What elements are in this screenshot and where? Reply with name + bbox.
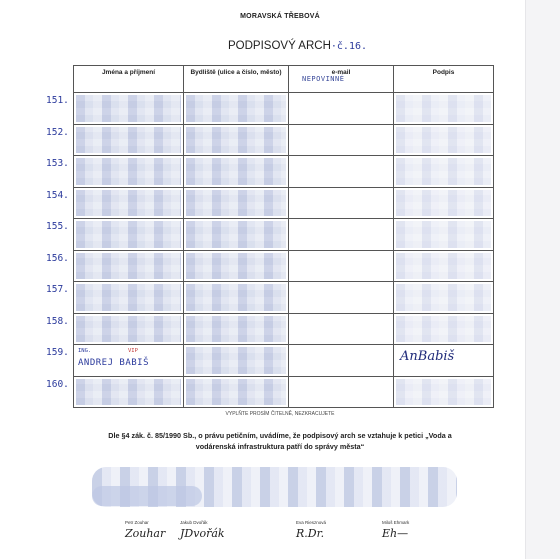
row-number: 152.	[46, 127, 72, 138]
cell-address	[184, 219, 289, 251]
cell-name	[74, 376, 184, 408]
cell-signature	[394, 313, 494, 345]
redacted-content	[76, 379, 181, 406]
cell-name	[74, 124, 184, 156]
cell-name	[74, 93, 184, 125]
redacted-content	[396, 284, 491, 311]
table-row	[74, 250, 494, 282]
column-header-signature: Podpis	[394, 66, 494, 93]
redacted-content	[396, 158, 491, 185]
redacted-content	[186, 127, 286, 154]
cell-address	[184, 250, 289, 282]
row-number: 155.	[46, 221, 72, 232]
row-number: 157.	[46, 284, 72, 295]
redacted-content	[186, 379, 286, 406]
redacted-content	[396, 221, 491, 248]
title-text: PODPISOVÝ ARCH	[228, 40, 331, 52]
redacted-content	[76, 95, 181, 122]
fill-instructions: VYPLŇTE PROSÍM ČITELNĚ, NEZKRACUJETE	[0, 411, 560, 417]
redacted-content	[186, 190, 286, 217]
page-edge	[525, 0, 560, 559]
cell-address	[184, 345, 289, 377]
cell-email	[289, 124, 394, 156]
signer-1: Petr ZouharZouhar	[125, 520, 165, 540]
cell-name: ING.VIPANDREJ BABIŠ	[74, 345, 184, 377]
column-header-name: Jména a příjmení	[74, 66, 184, 93]
cell-email	[289, 282, 394, 314]
town-name: MORAVSKÁ TŘEBOVÁ	[0, 13, 560, 20]
redacted-address-block-2	[92, 486, 202, 506]
redacted-content	[186, 347, 286, 374]
redacted-content	[76, 127, 181, 154]
cell-email	[289, 250, 394, 282]
person-name: ANDREJ BABIŠ	[78, 358, 149, 368]
cell-signature	[394, 250, 494, 282]
cell-email	[289, 376, 394, 408]
redacted-content	[186, 316, 286, 343]
redacted-content	[76, 158, 181, 185]
table-header-row: Jména a příjmení Bydliště (ulice a číslo…	[74, 66, 494, 93]
redacted-content	[396, 253, 491, 280]
cell-email	[289, 313, 394, 345]
cell-signature	[394, 219, 494, 251]
redacted-content	[396, 316, 491, 343]
redacted-content	[396, 127, 491, 154]
table-row	[74, 219, 494, 251]
cell-signature: AnBabiš	[394, 345, 494, 377]
cell-name	[74, 187, 184, 219]
cell-email	[289, 345, 394, 377]
signer-2: Jakub DvořákJDvořák	[180, 520, 225, 540]
redacted-content	[76, 221, 181, 248]
sheet-number: ·č.16.	[331, 41, 367, 52]
cell-email	[289, 187, 394, 219]
cell-name	[74, 219, 184, 251]
committee-signatures: Petr ZouharZouhar Jakub DvořákJDvořák Ev…	[0, 520, 560, 559]
petition-declaration: Dle §4 zák. č. 85/1990 Sb., o právu peti…	[100, 430, 460, 452]
signer-3: Eva RiesznováR.Dr.	[296, 520, 326, 540]
cell-name	[74, 313, 184, 345]
redacted-content	[186, 95, 286, 122]
email-optional-note: NEPOVINNÉ	[290, 75, 392, 83]
cell-address	[184, 93, 289, 125]
cell-email	[289, 156, 394, 188]
cell-email	[289, 219, 394, 251]
cell-signature	[394, 282, 494, 314]
redacted-content	[76, 190, 181, 217]
table-row	[74, 93, 494, 125]
table-row	[74, 313, 494, 345]
column-header-email: e-mailNEPOVINNÉ	[289, 66, 394, 93]
vip-tag: VIP	[128, 348, 138, 354]
table-row	[74, 156, 494, 188]
table-row	[74, 124, 494, 156]
redacted-content	[396, 95, 491, 122]
page-title: PODPISOVÝ ARCH·č.16.	[228, 40, 367, 52]
table-row: ING.VIPANDREJ BABIŠAnBabiš	[74, 345, 494, 377]
redacted-content	[76, 253, 181, 280]
cell-signature	[394, 376, 494, 408]
redacted-content	[186, 221, 286, 248]
cell-address	[184, 124, 289, 156]
row-number: 159.	[46, 347, 72, 358]
redacted-content	[186, 253, 286, 280]
cell-address	[184, 282, 289, 314]
signature-table: Jména a příjmení Bydliště (ulice a číslo…	[73, 65, 494, 408]
cell-address	[184, 156, 289, 188]
row-number: 151.	[46, 95, 72, 106]
redacted-content	[76, 284, 181, 311]
table-row	[74, 187, 494, 219]
row-number: 156.	[46, 253, 72, 264]
cell-signature	[394, 93, 494, 125]
redacted-content	[186, 284, 286, 311]
table-row	[74, 282, 494, 314]
signer-4: Miloš EhmarkEh—	[382, 520, 409, 540]
redacted-content	[186, 158, 286, 185]
cell-signature	[394, 124, 494, 156]
column-header-address: Bydliště (ulice a číslo, město)	[184, 66, 289, 93]
cell-address	[184, 187, 289, 219]
cell-name	[74, 250, 184, 282]
row-number: 160.	[46, 379, 72, 390]
row-number: 158.	[46, 316, 72, 327]
cell-email	[289, 93, 394, 125]
cell-name	[74, 156, 184, 188]
cell-name	[74, 282, 184, 314]
redacted-content	[396, 379, 491, 406]
cell-address	[184, 313, 289, 345]
row-number: 153.	[46, 158, 72, 169]
cell-signature	[394, 156, 494, 188]
table-row	[74, 376, 494, 408]
person-title: ING.	[78, 348, 91, 354]
redacted-content	[396, 190, 491, 217]
cell-signature	[394, 187, 494, 219]
row-number: 154.	[46, 190, 72, 201]
cell-address	[184, 376, 289, 408]
person-signature: AnBabiš	[400, 349, 454, 364]
redacted-content	[76, 316, 181, 343]
